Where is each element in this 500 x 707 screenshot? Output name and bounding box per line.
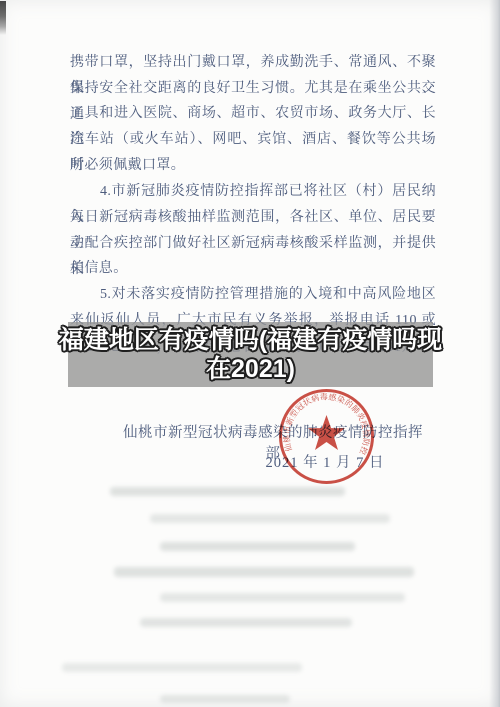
scan-corner-artifact — [0, 1, 6, 35]
headline-line-1: 福建地区有疫情吗(福建有疫情吗现 — [59, 326, 442, 355]
page-edge-shadow — [489, 0, 500, 707]
bleedthrough-smudge — [110, 487, 345, 496]
headline-line-2: 在2021) — [206, 355, 295, 384]
bleedthrough-smudge — [160, 593, 405, 602]
bleedthrough-smudge — [140, 618, 352, 627]
bleedthrough-smudge — [160, 695, 290, 703]
doc-line: 时必须佩戴口罩。 — [70, 153, 436, 179]
doc-line-item-5: 5.对未落实疫情防控管理措施的入境和中高风险地区 — [70, 282, 436, 308]
seal-star-icon — [308, 415, 345, 450]
bleedthrough-smudge — [150, 514, 390, 523]
doc-line: 关信息。 — [70, 256, 436, 282]
scanned-notice-page: 携带口罩，坚持出门戴口罩，养成勤洗手、常通风、不聚集、 保持安全社交距离的良好卫… — [0, 0, 500, 707]
bleedthrough-smudge — [62, 663, 302, 672]
headline-overlay: 福建地区有疫情吗(福建有疫情吗现 在2021) — [68, 322, 433, 387]
bleedthrough-smudge — [160, 542, 355, 551]
bleedthrough-smudge — [114, 567, 414, 577]
official-seal: 仙桃市新型冠状病毒感染的肺炎疫情防控指挥部 — [277, 387, 376, 486]
